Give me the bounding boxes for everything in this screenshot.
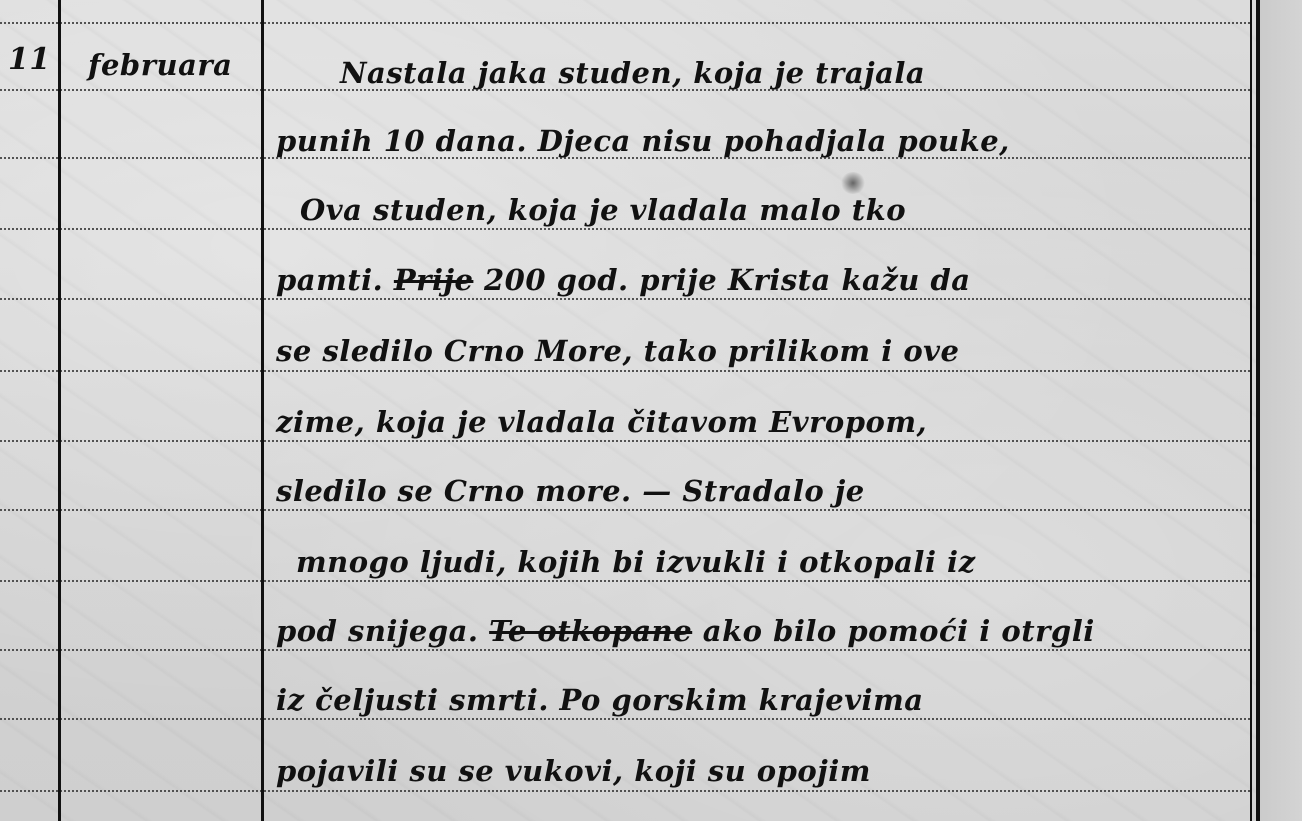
entry-line-4-rest: 200 god. prije Krista kažu da (473, 263, 970, 297)
ruled-line (0, 440, 1250, 442)
ink-smudge (840, 172, 866, 194)
entry-line-7: sledilo se Crno more. — Stradalo je (276, 474, 865, 508)
entry-line-2: punih 10 dana. Djeca nisu pohadjala pouk… (276, 124, 1010, 158)
right-margin-rule-thin (1250, 0, 1252, 821)
entry-line-9-rest: ako bilo pomoći i otrgli (692, 614, 1095, 648)
ruled-line (0, 649, 1250, 651)
entry-month: februara (88, 48, 232, 82)
entry-line-10: iz čeljusti smrti. Po gorskim krajevima (276, 683, 924, 717)
day-column-divider (58, 0, 61, 821)
entry-line-9: pod snijega. Te otkopane ako bilo pomoći… (276, 614, 1095, 648)
entry-line-4-text: pamti. (276, 263, 394, 297)
ruled-line (0, 718, 1250, 720)
entry-line-4: pamti. Prije 200 god. prije Krista kažu … (276, 263, 971, 297)
entry-line-5: se sledilo Crno More, tako prilikom i ov… (276, 334, 959, 368)
ruled-line (0, 580, 1250, 582)
ruled-line (0, 370, 1250, 372)
entry-line-11: pojavili su se vukovi, koji su opojim (276, 754, 871, 788)
right-margin (1260, 0, 1302, 821)
ruled-line (0, 298, 1250, 300)
struck-word: Te otkopane (489, 614, 692, 648)
entry-line-8: mnogo ljudi, kojih bi izvukli i otkopali… (296, 545, 976, 579)
ruled-line (0, 228, 1250, 230)
month-column-divider (261, 0, 264, 821)
entry-line-3: Ova studen, koja je vladala malo tko (300, 193, 906, 227)
ledger-page: 11 februara Nastala jaka studen, koja je… (0, 0, 1302, 821)
entry-line-9-text: pod snijega. (276, 614, 489, 648)
entry-day: 11 (8, 42, 51, 77)
entry-line-1: Nastala jaka studen, koja je trajala (340, 56, 925, 90)
ruled-line (0, 22, 1250, 24)
ruled-line (0, 509, 1250, 511)
ruled-line (0, 790, 1250, 792)
entry-line-6: zime, koja je vladala čitavom Evropom, (276, 405, 927, 439)
struck-word: Prije (394, 263, 474, 297)
